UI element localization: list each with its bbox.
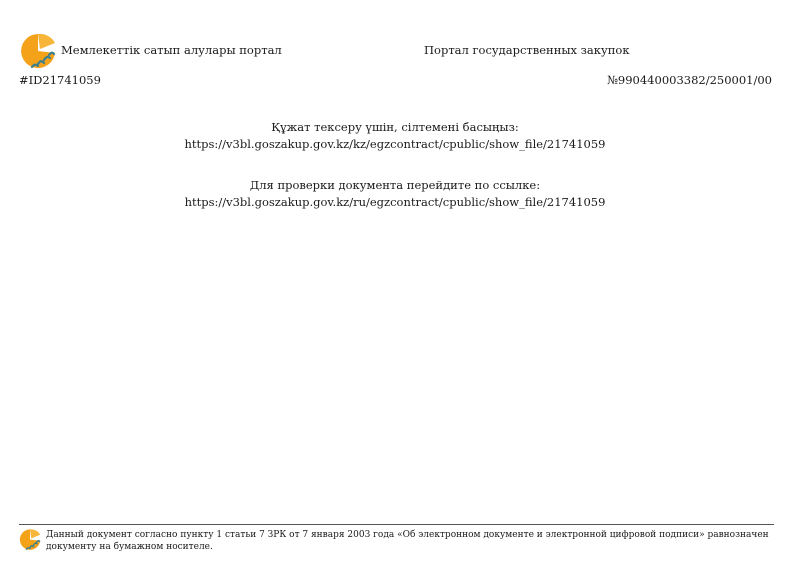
verification-label-ru: Для проверки документа перейдите по ссыл… — [0, 177, 790, 194]
document-number: №990440003382/250001/00 — [607, 73, 772, 87]
footer-divider — [19, 524, 774, 525]
verification-block-kz: Құжат тексеру үшін, сілтемені басыңыз: h… — [0, 119, 790, 153]
portal-title-ru: Портал государственных закупок — [424, 43, 630, 57]
portal-title-kz: Мемлекеттік сатып алулары портал — [61, 43, 282, 57]
verification-label-kz: Құжат тексеру үшін, сілтемені басыңыз: — [0, 119, 790, 136]
goszakup-logo-icon — [18, 31, 58, 69]
verification-block-ru: Для проверки документа перейдите по ссыл… — [0, 177, 790, 211]
document-id: #ID21741059 — [19, 73, 101, 87]
footer-legal-notice: Данный документ согласно пункту 1 статьи… — [46, 529, 774, 553]
goszakup-logo-icon — [18, 527, 42, 551]
verification-link-ru[interactable]: https://v3bl.goszakup.gov.kz/ru/egzcontr… — [185, 195, 606, 209]
verification-link-kz[interactable]: https://v3bl.goszakup.gov.kz/kz/egzcontr… — [185, 137, 606, 151]
